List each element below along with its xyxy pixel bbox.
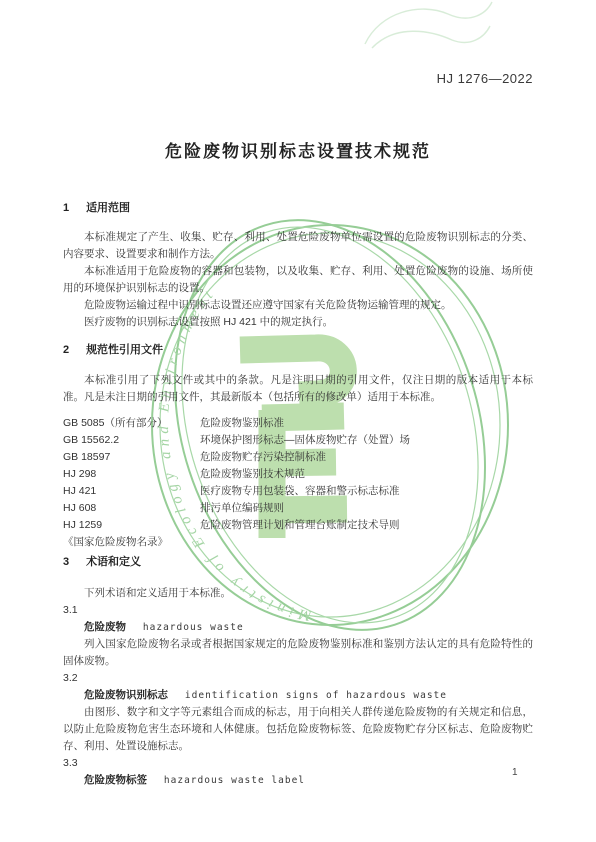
section-3-title: 术语和定义 <box>86 556 141 568</box>
term-zh: 危险废物 <box>84 621 126 633</box>
reference-title: 危险废物管理计划和管理台账制定技术导则 <box>200 517 533 534</box>
section-3-heading: 3 术语和定义 <box>63 554 533 571</box>
term-definition: 列入国家危险废物名录或者根据国家规定的危险废物鉴别标准和鉴别方法认定的具有危险特… <box>63 636 533 670</box>
term-entry: 危险废物识别标志 identification signs of hazardo… <box>63 687 533 704</box>
reference-code: HJ 421 <box>63 483 200 500</box>
reference-title: 环境保护图形标志—固体废物贮存（处置）场 <box>200 432 533 449</box>
reference-title: 危险废物贮存污染控制标准 <box>200 449 533 466</box>
section-1-number: 1 <box>63 200 83 217</box>
term-number: 3.2 <box>63 670 533 687</box>
paragraph: 危险废物运输过程中识别标志设置还应遵守国家有关危险货物运输管理的规定。 <box>63 297 533 314</box>
reference-row: HJ 421 医疗废物专用包装袋、容器和警示标志标准 <box>63 483 533 500</box>
section-2-number: 2 <box>63 342 83 359</box>
reference-code: HJ 1259 <box>63 517 200 534</box>
reference-code: 《国家危险废物名录》 <box>63 534 200 551</box>
section-3-number: 3 <box>63 554 83 571</box>
paragraph: 下列术语和定义适用于本标准。 <box>63 585 533 602</box>
term-definition: 由图形、数字和文字等元素组合而成的标志，用于向相关人群传递危险废物的有关规定和信… <box>63 704 533 755</box>
reference-list: GB 5085（所有部分） 危险废物鉴别标准 GB 15562.2 环境保护图形… <box>63 415 533 551</box>
paragraph: 本标准引用了下列文件或其中的条款。凡是注明日期的引用文件，仅注日期的版本适用于本… <box>63 372 533 406</box>
term-entry: 危险废物标签 hazardous waste label <box>63 772 533 789</box>
reference-title: 排污单位编码规则 <box>200 500 533 517</box>
section-1-title: 适用范围 <box>86 202 130 214</box>
term-en: hazardous waste <box>143 622 244 633</box>
term-entry: 危险废物 hazardous waste <box>63 619 533 636</box>
reference-code: HJ 608 <box>63 500 200 517</box>
reference-code: HJ 298 <box>63 466 200 483</box>
section-2-title: 规范性引用文件 <box>86 344 163 356</box>
paragraph: 医疗废物的识别标志设置按照 HJ 421 中的规定执行。 <box>63 314 533 331</box>
term-zh: 危险废物标签 <box>84 774 147 786</box>
term-number: 3.1 <box>63 602 533 619</box>
document-page: Ministry of Ecology and Environment HJ 1… <box>0 0 596 842</box>
reference-row: GB 5085（所有部分） 危险废物鉴别标准 <box>63 415 533 432</box>
reference-title: 危险废物鉴别标准 <box>200 415 533 432</box>
term-number: 3.3 <box>63 755 533 772</box>
paragraph: 本标准适用于危险废物的容器和包装物，以及收集、贮存、利用、处置危险废物的设施、场… <box>63 263 533 297</box>
reference-row: 《国家危险废物名录》 <box>63 534 533 551</box>
term-en: identification signs of hazardous waste <box>185 690 447 701</box>
section-1-heading: 1 适用范围 <box>63 200 533 217</box>
paragraph: 本标准规定了产生、收集、贮存、利用、处置危险废物单位需设置的危险废物识别标志的分… <box>63 229 533 263</box>
page-number: 1 <box>512 767 518 778</box>
reference-row: GB 15562.2 环境保护图形标志—固体废物贮存（处置）场 <box>63 432 533 449</box>
document-title: 危险废物识别标志设置技术规范 <box>0 137 596 162</box>
top-flourish-lines <box>365 2 492 48</box>
reference-code: GB 5085（所有部分） <box>63 415 200 432</box>
reference-title: 危险废物鉴别技术规范 <box>200 466 533 483</box>
reference-row: HJ 1259 危险废物管理计划和管理台账制定技术导则 <box>63 517 533 534</box>
reference-row: HJ 608 排污单位编码规则 <box>63 500 533 517</box>
reference-row: HJ 298 危险废物鉴别技术规范 <box>63 466 533 483</box>
reference-title <box>200 534 533 551</box>
reference-code: GB 18597 <box>63 449 200 466</box>
reference-title: 医疗废物专用包装袋、容器和警示标志标准 <box>200 483 533 500</box>
term-en: hazardous waste label <box>164 775 305 786</box>
reference-code: GB 15562.2 <box>63 432 200 449</box>
term-zh: 危险废物识别标志 <box>84 689 168 701</box>
standard-number: HJ 1276—2022 <box>437 71 533 86</box>
section-2-heading: 2 规范性引用文件 <box>63 342 533 359</box>
reference-row: GB 18597 危险废物贮存污染控制标准 <box>63 449 533 466</box>
document-body: 1 适用范围 本标准规定了产生、收集、贮存、利用、处置危险废物单位需设置的危险废… <box>63 200 533 789</box>
